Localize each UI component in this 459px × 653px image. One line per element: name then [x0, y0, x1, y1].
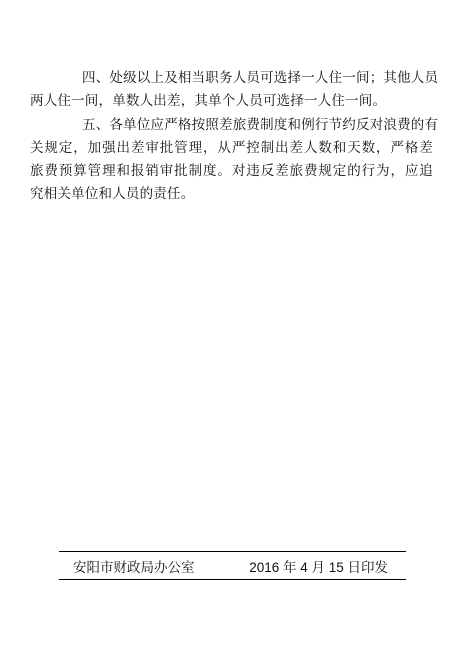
paragraph-line: 关规定，加强出差审批管理，从严控制出差人数和天数，严格差 — [30, 136, 433, 159]
paragraph-line: 究相关单位和人员的责任。 — [30, 182, 433, 205]
document-body: 四、处级以上及相当职务人员可选择一人住一间；其他人员 两人住一间，单数人出差，其… — [30, 66, 433, 206]
paragraph-line: 五、各单位应严格按照差旅费制度和例行节约反对浪费的有 — [30, 113, 433, 136]
print-date: 2016 年 4 月 15 日印发 — [249, 556, 388, 576]
paragraph-line: 两人住一间，单数人出差，其单个人员可选择一人住一间。 — [30, 89, 433, 112]
paragraph-line: 四、处级以上及相当职务人员可选择一人住一间；其他人员 — [30, 66, 433, 89]
document-page: 四、处级以上及相当职务人员可选择一人住一间；其他人员 两人住一间，单数人出差，其… — [0, 0, 459, 653]
colophon: 安阳市财政局办公室 2016 年 4 月 15 日印发 — [59, 551, 406, 580]
paragraph-line: 旅费预算管理和报销审批制度。对违反差旅费规定的行为，应追 — [30, 159, 433, 182]
issuer-name: 安阳市财政局办公室 — [73, 556, 195, 576]
paragraph-item-5: 五、各单位应严格按照差旅费制度和例行节约反对浪费的有 关规定，加强出差审批管理，… — [30, 113, 433, 206]
paragraph-item-4: 四、处级以上及相当职务人员可选择一人住一间；其他人员 两人住一间，单数人出差，其… — [30, 66, 433, 113]
